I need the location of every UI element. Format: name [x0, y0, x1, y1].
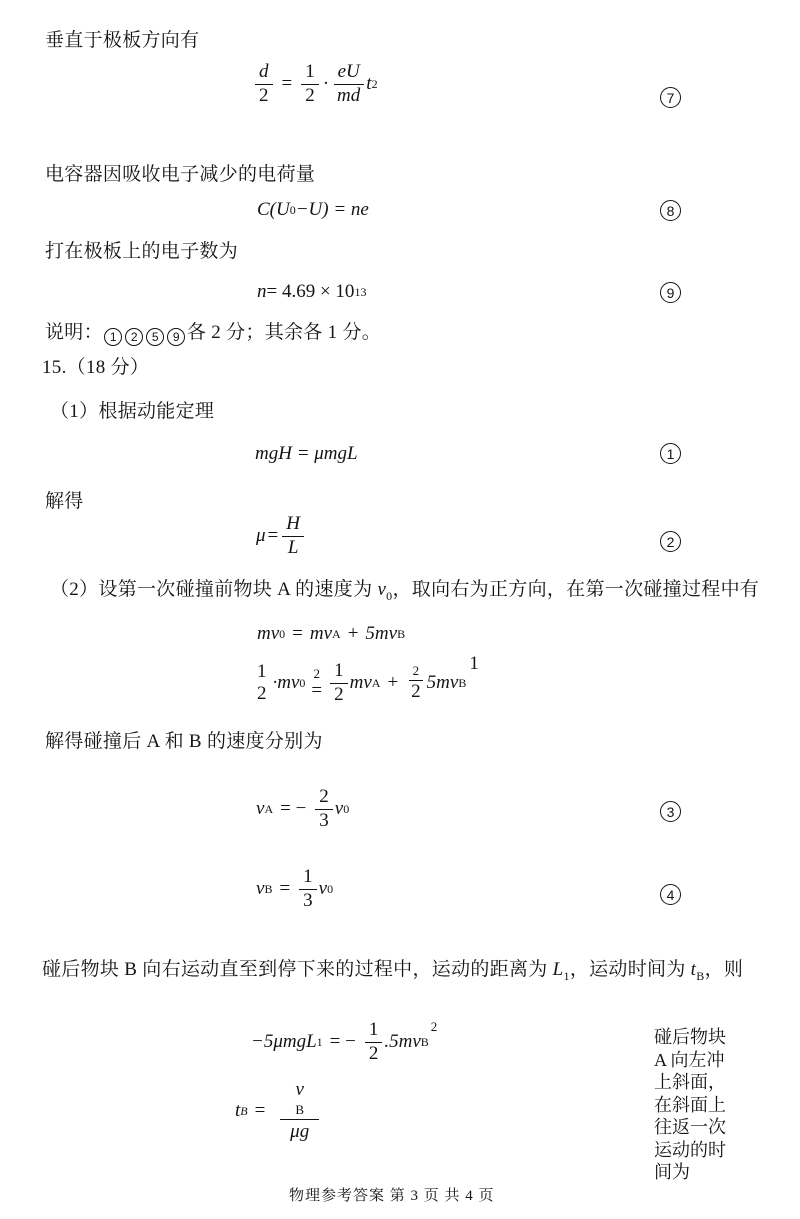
- numerator: d: [255, 62, 273, 85]
- statement-post: ，取向右为正方向，在第一次碰撞过程中有: [392, 579, 759, 600]
- circled-number-1: 1: [104, 328, 122, 346]
- variable-L1: L: [553, 959, 564, 980]
- answer-sheet-page: 垂直于极板方向有 d2 = 12 · eUmd t2 7 电容器因吸收电子减少的…: [0, 0, 800, 1219]
- variable-v0: v: [319, 878, 327, 900]
- variable-mu: μ: [256, 525, 266, 547]
- expression-left: C(U: [257, 199, 290, 221]
- variable-vB: v: [256, 878, 264, 900]
- equals-sign: =: [282, 73, 293, 95]
- margin-note-line: 上斜面，: [654, 1071, 726, 1094]
- statement-pre: （2）设第一次碰撞前物块 A 的速度为: [50, 579, 377, 600]
- subscript: B: [696, 969, 704, 983]
- circled-number-2: 2: [125, 328, 143, 346]
- equation-2: μ = HL: [256, 514, 306, 558]
- term-5mugL: −5μmgL: [251, 1031, 317, 1053]
- numerator: 1: [299, 867, 317, 890]
- equation-energy: 12 ·mv0 2= 12 mvA + 22 5mvB 1: [251, 661, 479, 705]
- exponent: 2: [314, 667, 321, 680]
- fraction: HL: [282, 514, 304, 558]
- numerator-B: B: [280, 1102, 319, 1120]
- equation-marker-3: 3: [660, 801, 681, 822]
- equals-sign: =: [268, 525, 279, 547]
- variable-v0: v: [377, 579, 386, 600]
- circled-number-9: 9: [167, 328, 185, 346]
- margin-note-line: 往返一次: [654, 1116, 726, 1139]
- question-15-header: 15.（18 分）: [42, 357, 149, 380]
- note-scoring: 说明：1259各 2 分；其余各 1 分。: [45, 322, 381, 346]
- denominator: 2: [253, 683, 271, 705]
- denominator: 2: [255, 85, 273, 107]
- margin-note-line: 碰后物块: [654, 1026, 726, 1049]
- margin-note-line: 间为: [654, 1161, 726, 1184]
- term-mvA: mv: [350, 672, 372, 694]
- expression-right: −U) = ne: [296, 199, 369, 221]
- numerator: 2: [409, 664, 424, 681]
- paragraph-capacitor-charge: 电容器因吸收电子减少的电荷量: [45, 164, 315, 187]
- work-energy-equation: mgH = μmgL: [255, 443, 358, 465]
- equation-9: n = 4.69 × 1013: [257, 281, 366, 303]
- displaced-v: v: [295, 1080, 303, 1100]
- displaced-one: 1: [469, 653, 479, 675]
- fraction: 13: [299, 867, 317, 911]
- statement-mid: ，运动时间为: [570, 959, 691, 980]
- fraction: eUmd: [333, 62, 364, 106]
- equation-marker-2: 2: [660, 531, 681, 552]
- fraction: 12: [330, 661, 348, 705]
- numerator: 2: [315, 787, 333, 810]
- numerator: H: [282, 514, 304, 537]
- equation-marker-4: 4: [660, 884, 681, 905]
- displaced-exponent: 2: [431, 1019, 438, 1035]
- denominator: 2: [301, 85, 319, 107]
- statement-post: ，则: [705, 959, 744, 980]
- equation-8: C(U0 −U) = ne: [257, 199, 369, 221]
- equation-time-b: tB = v B μg: [235, 1080, 319, 1142]
- denominator: 2: [407, 681, 425, 703]
- paragraph-perpendicular-direction: 垂直于极板方向有: [45, 30, 199, 53]
- equals-sign: =: [311, 681, 322, 700]
- equals-minus: = −: [280, 798, 306, 820]
- equation-marker-9: 9: [660, 282, 681, 303]
- stacked-fraction: v B μg: [280, 1080, 319, 1142]
- numerator: 1: [301, 62, 319, 85]
- equation-4: vB = 13 v0: [256, 867, 333, 911]
- fraction: 23: [315, 787, 333, 831]
- equals-sign: =: [279, 878, 290, 900]
- fraction: d2: [255, 62, 273, 106]
- equation-3: vA = − 23 v0: [256, 787, 349, 831]
- denominator: 3: [315, 810, 333, 832]
- margin-note-line: 在斜面上: [654, 1094, 726, 1117]
- equals-sign: =: [292, 623, 303, 645]
- denominator: L: [284, 537, 303, 559]
- equation-momentum: mv0 = mvA + 5mvB: [257, 623, 405, 645]
- statement-pre: 碰后物块 B 向右运动直至到停下来的过程中，运动的距离为: [42, 959, 553, 980]
- equation-marker-7: 7: [660, 87, 681, 108]
- variable-v0: v: [335, 798, 343, 820]
- denominator: 2: [365, 1043, 383, 1065]
- equals-with-exponent: 2=: [311, 667, 322, 700]
- term-mv0: ·mv: [273, 672, 300, 694]
- value: = 4.69 × 10: [267, 281, 355, 303]
- note-suffix: 各 2 分；其余各 1 分。: [187, 322, 381, 343]
- denominator-mug: μg: [290, 1120, 309, 1143]
- plus-sign: +: [348, 623, 359, 645]
- numerator: 1: [330, 661, 348, 684]
- fraction: 22: [407, 664, 425, 702]
- part-2-statement: （2）设第一次碰撞前物块 A 的速度为 v0，取向右为正方向，在第一次碰撞过程中…: [50, 579, 759, 602]
- equation-7: d2 = 12 · eUmd t2: [253, 62, 378, 106]
- paragraph-velocities-after-collision: 解得碰撞后 A 和 B 的速度分别为: [45, 731, 323, 754]
- paragraph-solve: 解得: [45, 491, 84, 514]
- term-mvA: mv: [310, 623, 332, 645]
- fraction: 12: [301, 62, 319, 106]
- paragraph-block-b-motion: 碰后物块 B 向右运动直至到停下来的过程中，运动的距离为 L1，运动时间为 tB…: [42, 959, 743, 982]
- denominator: 3: [299, 890, 317, 912]
- dot-operator: ·: [323, 73, 329, 95]
- variable-vA: v: [256, 798, 264, 820]
- plus-sign: +: [387, 672, 398, 694]
- term-5mvB: .5mv: [384, 1031, 420, 1053]
- variable-n: n: [257, 281, 267, 303]
- term-5mvB: 5mv: [365, 623, 397, 645]
- part-1-header: （1）根据动能定理: [50, 401, 214, 424]
- equals-sign: =: [255, 1100, 266, 1122]
- term-5mvB: 5mv: [427, 672, 459, 694]
- paragraph-electron-count: 打在极板上的电子数为: [45, 241, 238, 264]
- margin-note-line: A 向左冲: [654, 1049, 726, 1072]
- equation-friction-work: −5μmgL1 = − 12 .5mvB 2: [251, 1020, 437, 1064]
- denominator: 2: [330, 684, 348, 706]
- margin-note: 碰后物块 A 向左冲 上斜面， 在斜面上 往返一次 运动的时 间为: [654, 1026, 726, 1184]
- page-footer: 物理参考答案 第 3 页 共 4 页: [289, 1184, 495, 1205]
- equals-minus: = −: [330, 1031, 356, 1053]
- equation-marker-8: 8: [660, 200, 681, 221]
- numerator: 1: [365, 1020, 383, 1043]
- half-stack: 12: [253, 662, 271, 704]
- variable-t: t: [366, 73, 371, 95]
- numerator: 1: [253, 662, 271, 683]
- fraction: 12: [365, 1020, 383, 1064]
- numerator: eU: [334, 62, 364, 85]
- equation-1: mgH = μmgL: [255, 443, 358, 465]
- denominator: md: [333, 85, 364, 107]
- circled-number-5: 5: [146, 328, 164, 346]
- term-mv0: mv: [257, 623, 279, 645]
- margin-note-line: 运动的时: [654, 1139, 726, 1162]
- note-prefix: 说明：: [45, 322, 103, 343]
- equation-marker-1: 1: [660, 443, 681, 464]
